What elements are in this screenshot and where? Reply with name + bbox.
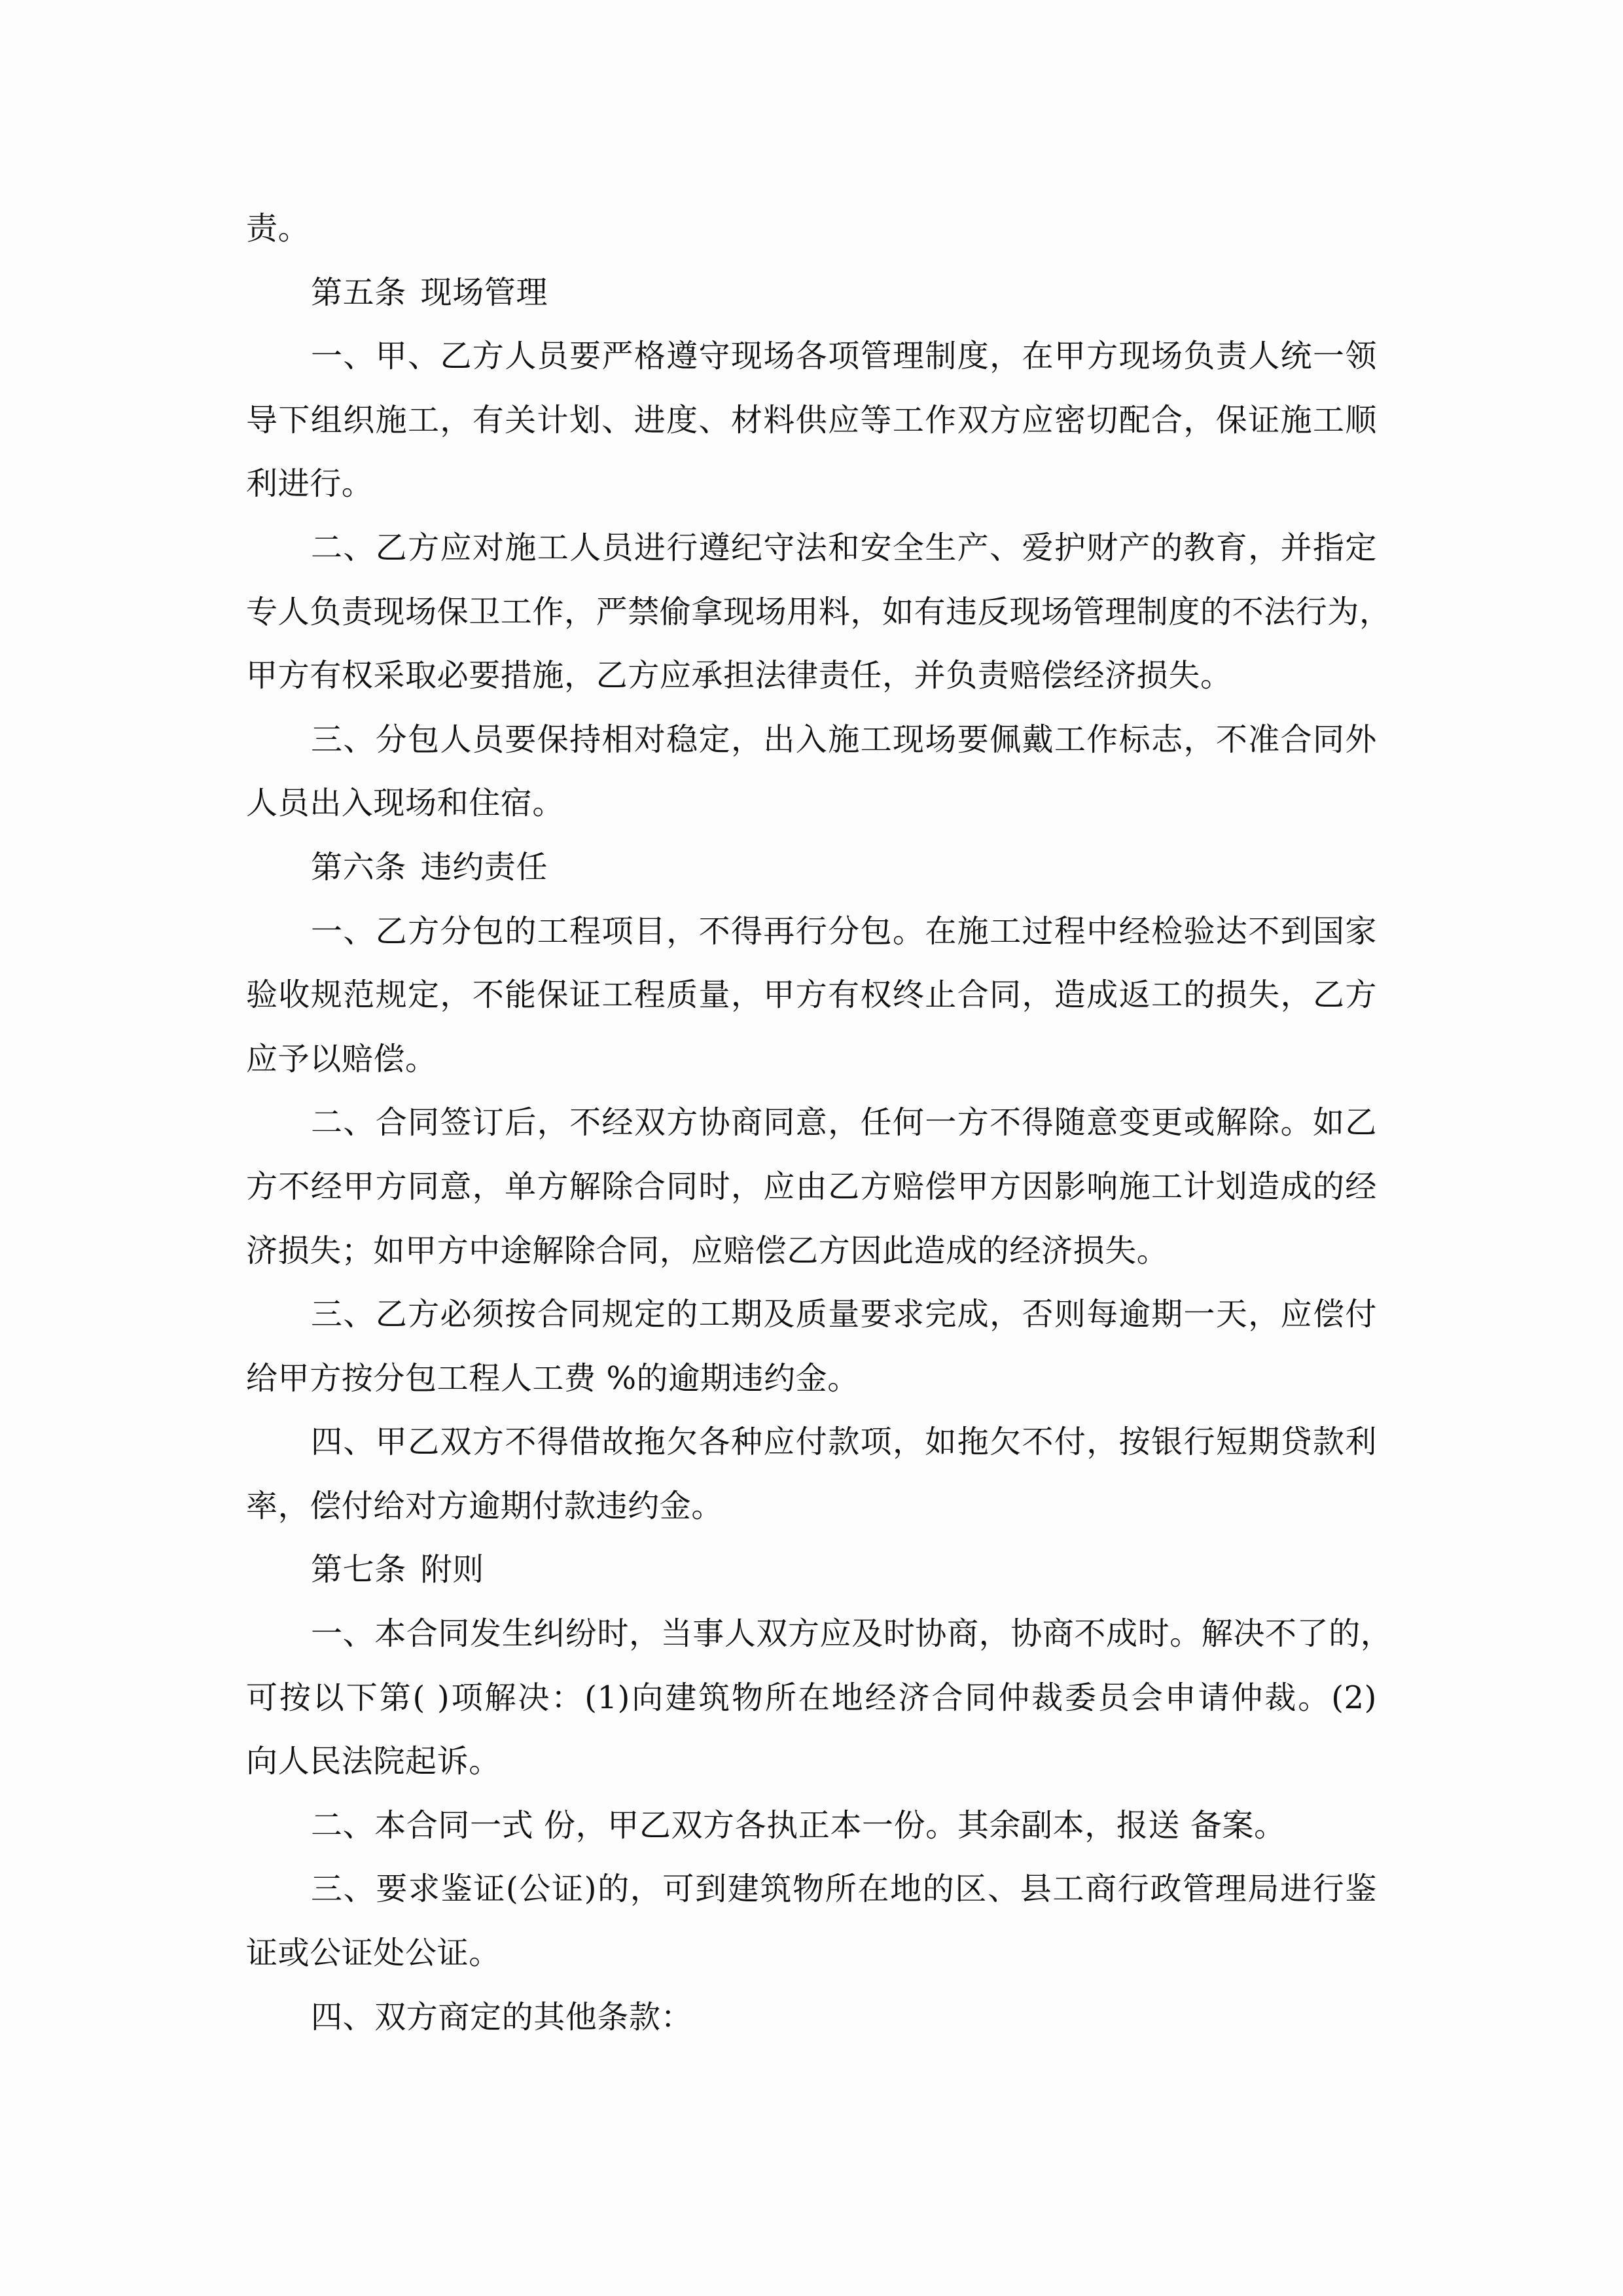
article-6-clause-4-line: 四、甲乙双方不得借故拖欠各种应付款项，如拖欠不付，按银行短期贷款利	[246, 1410, 1377, 1475]
article-6-clause-4-line: 率，偿付给对方逾期付款违约金。	[246, 1475, 1377, 1539]
article-5-heading: 第五条 现场管理	[246, 261, 1377, 325]
article-7-clause-3-line: 三、要求鉴证(公证)的，可到建筑物所在地的区、县工商行政管理局进行鉴	[246, 1857, 1377, 1922]
article-5-clause-2-line: 二、乙方应对施工人员进行遵纪守法和安全生产、爱护财产的教育，并指定	[246, 516, 1377, 581]
article-5-clause-1-line: 导下组织施工，有关计划、进度、材料供应等工作双方应密切配合，保证施工顺	[246, 389, 1377, 453]
article-7-clause-4-line: 四、双方商定的其他条款：	[246, 1986, 1377, 2050]
article-7-clause-3-line: 证或公证处公证。	[246, 1922, 1377, 1986]
article-6-clause-3-line: 三、乙方必须按合同规定的工期及质量要求完成，否则每逾期一天，应偿付	[246, 1283, 1377, 1347]
document-page: 责。 第五条 现场管理 一、甲、乙方人员要严格遵守现场各项管理制度，在甲方现场负…	[0, 0, 1623, 2296]
article-6-clause-2-line: 二、合同签订后，不经双方协商同意，任何一方不得随意变更或解除。如乙	[246, 1091, 1377, 1155]
article-5-clause-2-line: 专人负责现场保卫工作，严禁偷拿现场用料，如有违反现场管理制度的不法行为，	[246, 581, 1377, 645]
article-5-clause-2-line: 甲方有权采取必要措施，乙方应承担法律责任，并负责赔偿经济损失。	[246, 644, 1377, 708]
article-6-heading: 第六条 违约责任	[246, 836, 1377, 900]
article-5-clause-3-line: 人员出入现场和住宿。	[246, 772, 1377, 836]
article-6-clause-1-line: 应予以赔偿。	[246, 1028, 1377, 1092]
article-5-clause-1-line: 一、甲、乙方人员要严格遵守现场各项管理制度，在甲方现场负责人统一领	[246, 325, 1377, 389]
article-5-clause-3-line: 三、分包人员要保持相对稳定，出入施工现场要佩戴工作标志，不准合同外	[246, 708, 1377, 772]
contract-body-text: 责。 第五条 现场管理 一、甲、乙方人员要严格遵守现场各项管理制度，在甲方现场负…	[246, 197, 1377, 2049]
article-6-clause-1-line: 验收规范规定，不能保证工程质量，甲方有权终止合同，造成返工的损失，乙方	[246, 963, 1377, 1028]
article-7-clause-1-line: 可按以下第( )项解决：(1)向建筑物所在地经济合同仲裁委员会申请仲裁。(2)	[246, 1666, 1377, 1731]
paragraph-continuation-line: 责。	[246, 197, 1377, 261]
article-6-clause-2-line: 济损失；如甲方中途解除合同，应赔偿乙方因此造成的经济损失。	[246, 1219, 1377, 1283]
article-7-heading: 第七条 附则	[246, 1538, 1377, 1602]
article-6-clause-1-line: 一、乙方分包的工程项目，不得再行分包。在施工过程中经检验达不到国家	[246, 900, 1377, 964]
article-6-clause-2-line: 方不经甲方同意，单方解除合同时，应由乙方赔偿甲方因影响施工计划造成的经	[246, 1155, 1377, 1219]
article-7-clause-1-line: 向人民法院起诉。	[246, 1730, 1377, 1794]
article-5-clause-1-line: 利进行。	[246, 452, 1377, 516]
article-7-clause-2-line: 二、本合同一式 份，甲乙双方各执正本一份。其余副本，报送 备案。	[246, 1794, 1377, 1858]
article-6-clause-3-line: 给甲方按分包工程人工费 %的逾期违约金。	[246, 1347, 1377, 1411]
article-7-clause-1-line: 一、本合同发生纠纷时，当事人双方应及时协商，协商不成时。解决不了的，	[246, 1602, 1377, 1666]
